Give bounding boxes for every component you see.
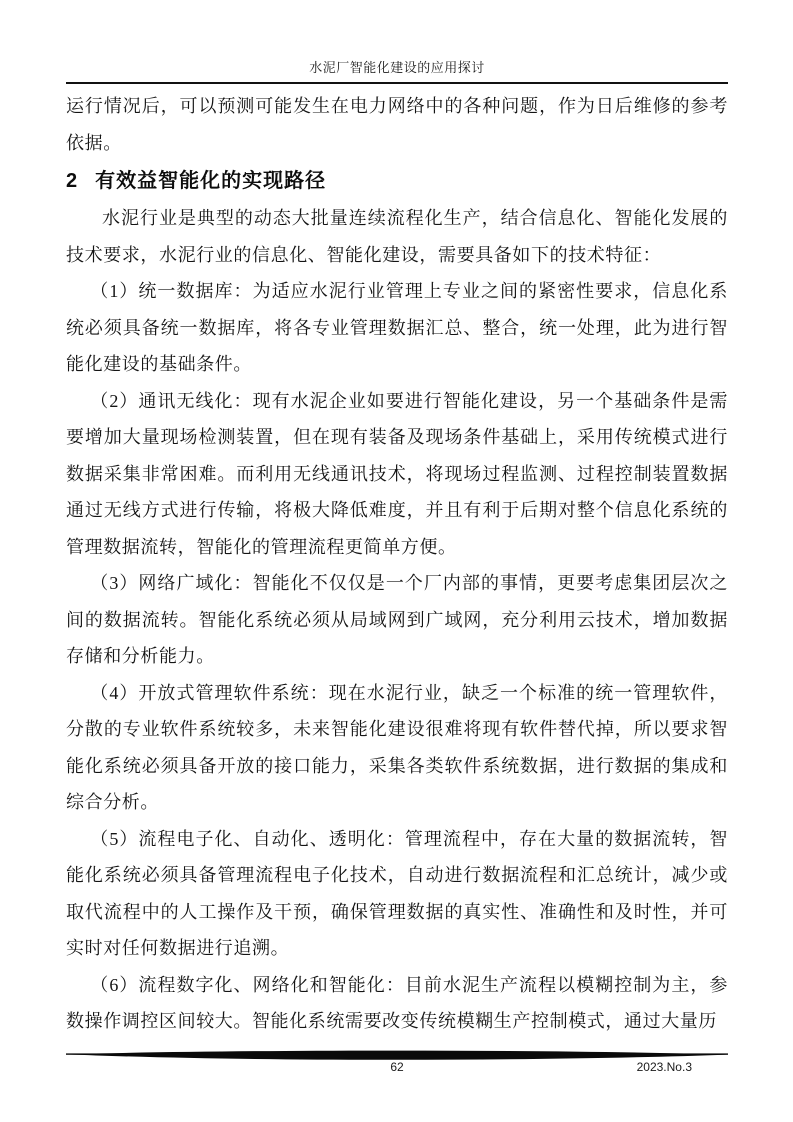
article-body: 运行情况后，可以预测可能发生在电力网络中的各种问题，作为日后维修的参考依据。 2… [66, 88, 728, 1040]
document-page: 水泥厂智能化建设的应用探讨 运行情况后，可以预测可能发生在电力网络中的各种问题，… [0, 0, 793, 1122]
paragraph-item-2: （2）通讯无线化：现有水泥企业如要进行智能化建设，另一个基础条件是需要增加大量现… [66, 383, 728, 566]
paragraph-item-4: （4）开放式管理软件系统：现在水泥行业，缺乏一个标准的统一管理软件，分散的专业软… [66, 675, 728, 821]
section-title: 有效益智能化的实现路径 [95, 170, 326, 192]
section-number: 2 [66, 170, 78, 192]
paragraph-continuation: 运行情况后，可以预测可能发生在电力网络中的各种问题，作为日后维修的参考依据。 [66, 88, 728, 161]
paragraph-intro: 水泥行业是典型的动态大批量连续流程化生产，结合信息化、智能化发展的技术要求，水泥… [66, 200, 728, 273]
paragraph-item-3: （3）网络广域化：智能化不仅仅是一个厂内部的事情，更要考虑集团层次之间的数据流转… [66, 565, 728, 675]
paragraph-item-6: （6）流程数字化、网络化和智能化：目前水泥生产流程以模糊控制为主，参数操作调控区… [66, 967, 728, 1040]
paragraph-item-5: （5）流程电子化、自动化、透明化：管理流程中，存在大量的数据流转，智能化系统必须… [66, 821, 728, 967]
section-heading: 2有效益智能化的实现路径 [66, 166, 728, 197]
page-number: 62 [66, 1060, 728, 1074]
header-rule [66, 82, 728, 84]
paragraph-item-1: （1）统一数据库：为适应水泥行业管理上专业之间的紧密性要求，信息化系统必须具备统… [66, 273, 728, 383]
issue-number: 2023.No.3 [637, 1060, 692, 1074]
running-header-title: 水泥厂智能化建设的应用探讨 [66, 57, 728, 76]
